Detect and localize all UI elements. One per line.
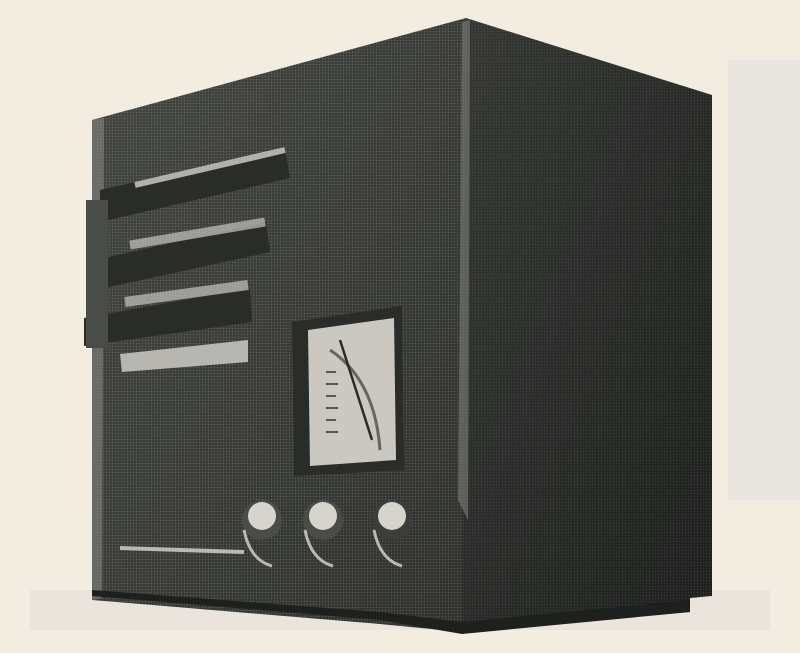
radio-photo [0, 0, 800, 653]
photo-stage [0, 0, 800, 653]
tuning-dial [292, 306, 404, 476]
